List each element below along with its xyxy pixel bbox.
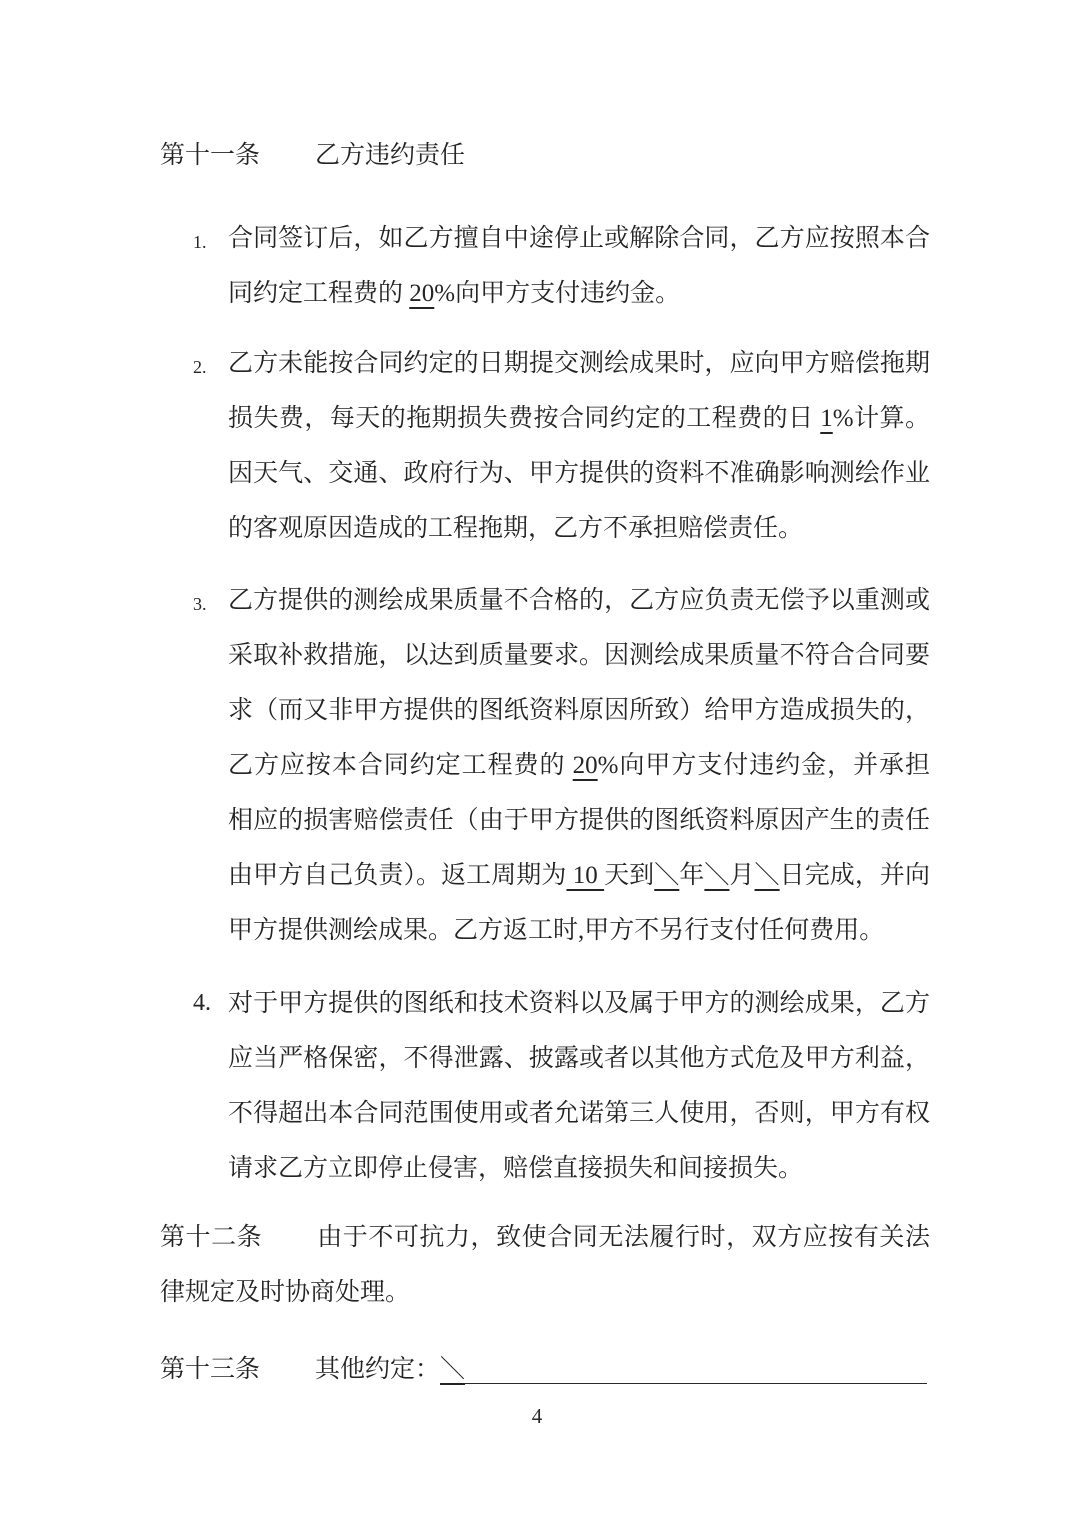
article-11-title: 乙方违约责任 xyxy=(315,142,465,169)
item-4-text: 对于甲方提供的图纸和技术资料以及属于甲方的测绘成果，乙方应当严格保密，不得泄露、… xyxy=(228,976,930,1196)
text-run: 对于甲方提供的图纸和技术资料以及属于甲方的测绘成果，乙方应当严格保密，不得泄露、… xyxy=(228,990,930,1182)
article-11-number: 第十一条 xyxy=(160,142,260,169)
underlined-blank-value: ＼ xyxy=(755,862,780,889)
item-2-text: 乙方未能按合同约定的日期提交测绘成果时，应向甲方赔偿拖期损失费，每天的拖期损失费… xyxy=(228,336,930,556)
item-1-marker: 1. xyxy=(160,211,228,321)
other-agreements-label: 其他约定： xyxy=(315,1356,440,1383)
underlined-blank-value: 10 xyxy=(566,862,604,889)
item-2-marker: 2. xyxy=(160,336,228,556)
underlined-blank-value: 20 xyxy=(573,752,598,779)
item-3-text: 乙方提供的测绘成果质量不合格的，乙方应负责无偿予以重测或采取补救措施，以达到质量… xyxy=(228,573,930,958)
article-13-number: 第十三条 xyxy=(160,1356,260,1383)
text-run: 年 xyxy=(679,862,704,889)
other-agreements-blank-line xyxy=(465,1353,927,1384)
article-13-row: 第十三条其他约定：＼ xyxy=(160,1342,930,1397)
article-12-paragraph: 第十二条由于不可抗力，致使合同无法履行时，双方应按有关法律规定及时协商处理。 xyxy=(160,1210,930,1320)
item-1-text: 合同签订后，如乙方擅自中途停止或解除合同，乙方应按照本合同约定工程费的 20%向… xyxy=(228,211,930,321)
underlined-blank-value: 1 xyxy=(820,405,833,432)
article-11-items: 1. 合同签订后，如乙方擅自中途停止或解除合同，乙方应按照本合同约定工程费的 2… xyxy=(160,211,930,1196)
text-run: %向甲方支付违约金。 xyxy=(434,280,680,307)
text-run: 天到 xyxy=(604,862,654,889)
contract-item-3: 3. 乙方提供的测绘成果质量不合格的，乙方应负责无偿予以重测或采取补救措施，以达… xyxy=(160,573,930,958)
article-12-number: 第十二条 xyxy=(160,1224,262,1251)
contract-item-4: 4. 对于甲方提供的图纸和技术资料以及属于甲方的测绘成果，乙方应当严格保密，不得… xyxy=(160,976,930,1196)
page-number: 4 xyxy=(0,1398,1074,1434)
article-12-body: 由于不可抗力，致使合同无法履行时，双方应按有关法律规定及时协商处理。 xyxy=(160,1224,930,1306)
underlined-blank-value: 20 xyxy=(409,280,434,307)
contract-item-1: 1. 合同签订后，如乙方擅自中途停止或解除合同，乙方应按照本合同约定工程费的 2… xyxy=(160,211,930,321)
item-3-marker: 3. xyxy=(160,573,228,958)
backslash-placeholder: ＼ xyxy=(440,1356,465,1383)
contract-page: 第十一条乙方违约责任 1. 合同签订后，如乙方擅自中途停止或解除合同，乙方应按照… xyxy=(0,0,1074,1397)
text-run: 月 xyxy=(729,862,754,889)
underlined-blank-value: ＼ xyxy=(704,862,729,889)
item-4-marker: 4. xyxy=(160,976,228,1196)
article-11-heading: 第十一条乙方违约责任 xyxy=(160,128,930,183)
contract-item-2: 2. 乙方未能按合同约定的日期提交测绘成果时，应向甲方赔偿拖期损失费，每天的拖期… xyxy=(160,336,930,556)
text-run: 乙方提供的测绘成果质量不合格的，乙方应负责无偿予以重测或采取补救措施，以达到质量… xyxy=(228,587,930,779)
underlined-blank-value: ＼ xyxy=(654,862,679,889)
